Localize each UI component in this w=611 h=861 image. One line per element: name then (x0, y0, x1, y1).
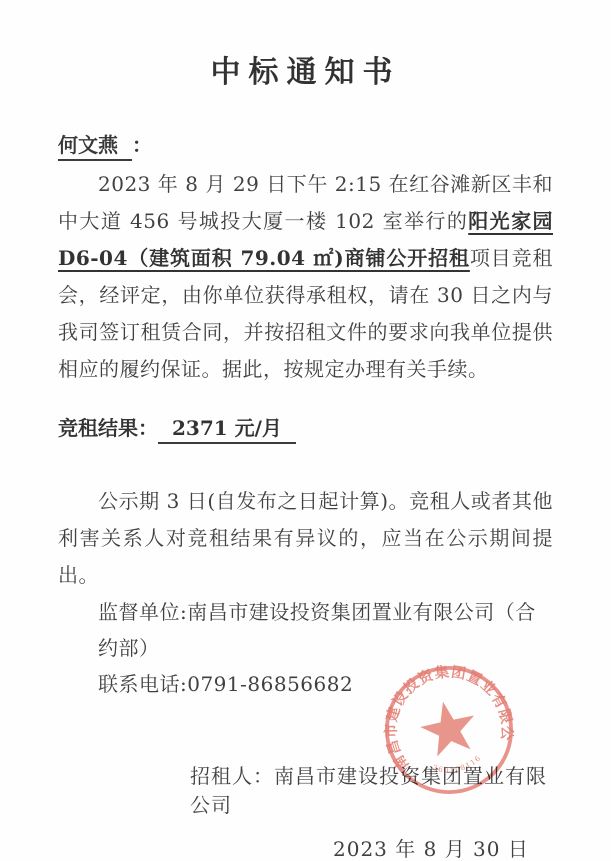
signature-date: 2023 年 8 月 30 日 (58, 833, 553, 861)
phone-line: 联系电话:0791-86856682 (58, 666, 553, 702)
lessor-signature-line: 招租人：南昌市建设投资集团置业有限公司 (58, 760, 553, 818)
recipient-line: 何文燕： (58, 129, 553, 158)
bid-result-line: 竞租结果：2371 元/月 (58, 412, 553, 441)
supervisor-line: 监督单位:南昌市建设投资集团置业有限公司（合约部） (58, 594, 553, 666)
publicity-paragraph: 公示期 3 日(自发布之日起计算)。竞租人或者其他利害关系人对竞租结果有异议的，… (58, 483, 553, 594)
document-content: 中标通知书 何文燕： 2023 年 8 月 29 日下午 2:15 在红谷滩新区… (0, 0, 611, 861)
recipient-colon: ： (132, 133, 152, 157)
bid-result-value: 2371 元/月 (158, 416, 296, 444)
recipient-name: 何文燕 (58, 133, 132, 161)
document-page: 中标通知书 何文燕： 2023 年 8 月 29 日下午 2:15 在红谷滩新区… (0, 0, 611, 861)
bid-result-label: 竞租结果： (58, 416, 158, 440)
document-title: 中标通知书 (58, 0, 553, 91)
body-paragraph: 2023 年 8 月 29 日下午 2:15 在红谷滩新区丰和中大道 456 号… (58, 166, 553, 388)
